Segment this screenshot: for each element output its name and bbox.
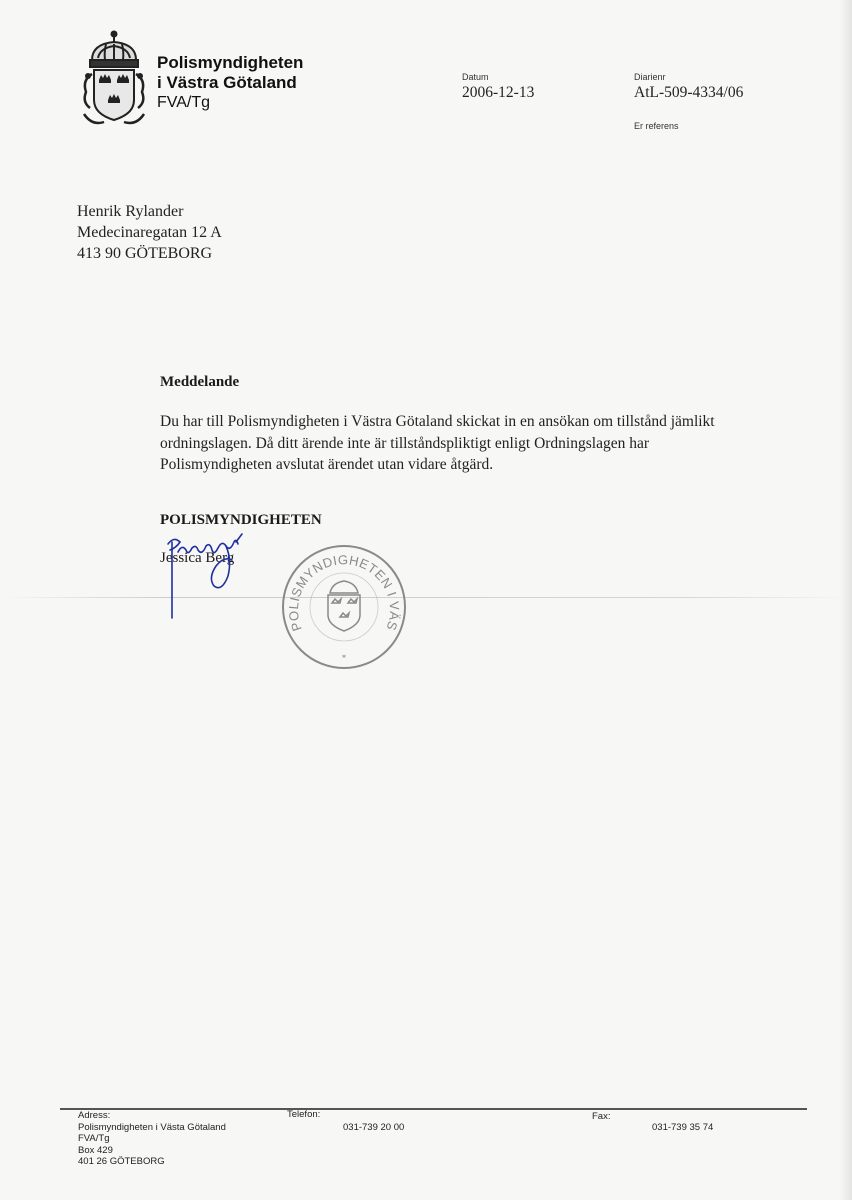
page-edge-shadow bbox=[840, 0, 852, 1200]
address-label: Adress: bbox=[78, 1110, 226, 1122]
case-number-label: Diarienr bbox=[634, 72, 666, 82]
handwritten-signature-icon bbox=[150, 530, 250, 625]
address-line: Box 429 bbox=[78, 1145, 226, 1157]
phone-label: Telefon: bbox=[287, 1109, 320, 1121]
date-label: Datum bbox=[462, 72, 489, 82]
fax-value: 031-739 35 74 bbox=[652, 1122, 713, 1134]
swedish-police-coat-of-arms-icon bbox=[78, 30, 150, 130]
recipient-address: Henrik Rylander Medecinaregatan 12 A 413… bbox=[77, 201, 222, 264]
address-line: FVA/Tg bbox=[78, 1133, 226, 1145]
address-line: 401 26 GÖTEBORG bbox=[78, 1156, 226, 1168]
signature-organization: POLISMYNDIGHETEN bbox=[160, 512, 322, 529]
svg-text:POLISMYNDIGHETEN I VÄSTRA GÖTA: POLISMYNDIGHETEN I VÄSTRA GÖTALAND bbox=[280, 543, 402, 633]
case-number-value: AtL-509-4334/06 bbox=[634, 84, 743, 102]
reference-label: Er referens bbox=[634, 121, 679, 131]
date-value: 2006-12-13 bbox=[462, 84, 534, 102]
paper-fold-line bbox=[0, 597, 852, 598]
recipient-city: 413 90 GÖTEBORG bbox=[77, 243, 222, 264]
recipient-street: Medecinaregatan 12 A bbox=[77, 222, 222, 243]
letter-heading: Meddelande bbox=[160, 374, 239, 391]
org-unit: FVA/Tg bbox=[157, 93, 303, 113]
recipient-name: Henrik Rylander bbox=[77, 201, 222, 222]
org-line-2: i Västra Götaland bbox=[157, 73, 303, 93]
footer-address: Adress: Polismyndigheten i Västa Götalan… bbox=[78, 1110, 226, 1168]
address-line: Polismyndigheten i Västa Götaland bbox=[78, 1122, 226, 1134]
official-stamp-icon: POLISMYNDIGHETEN I VÄSTRA GÖTALAND * bbox=[280, 543, 408, 671]
letter-body: Du har till Polismyndigheten i Västra Gö… bbox=[160, 411, 720, 476]
org-line-1: Polismyndigheten bbox=[157, 53, 303, 73]
organization-name: Polismyndigheten i Västra Götaland FVA/T… bbox=[157, 53, 303, 113]
phone-value: 031-739 20 00 bbox=[343, 1122, 404, 1134]
svg-text:*: * bbox=[342, 653, 347, 663]
fax-label: Fax: bbox=[592, 1111, 610, 1123]
